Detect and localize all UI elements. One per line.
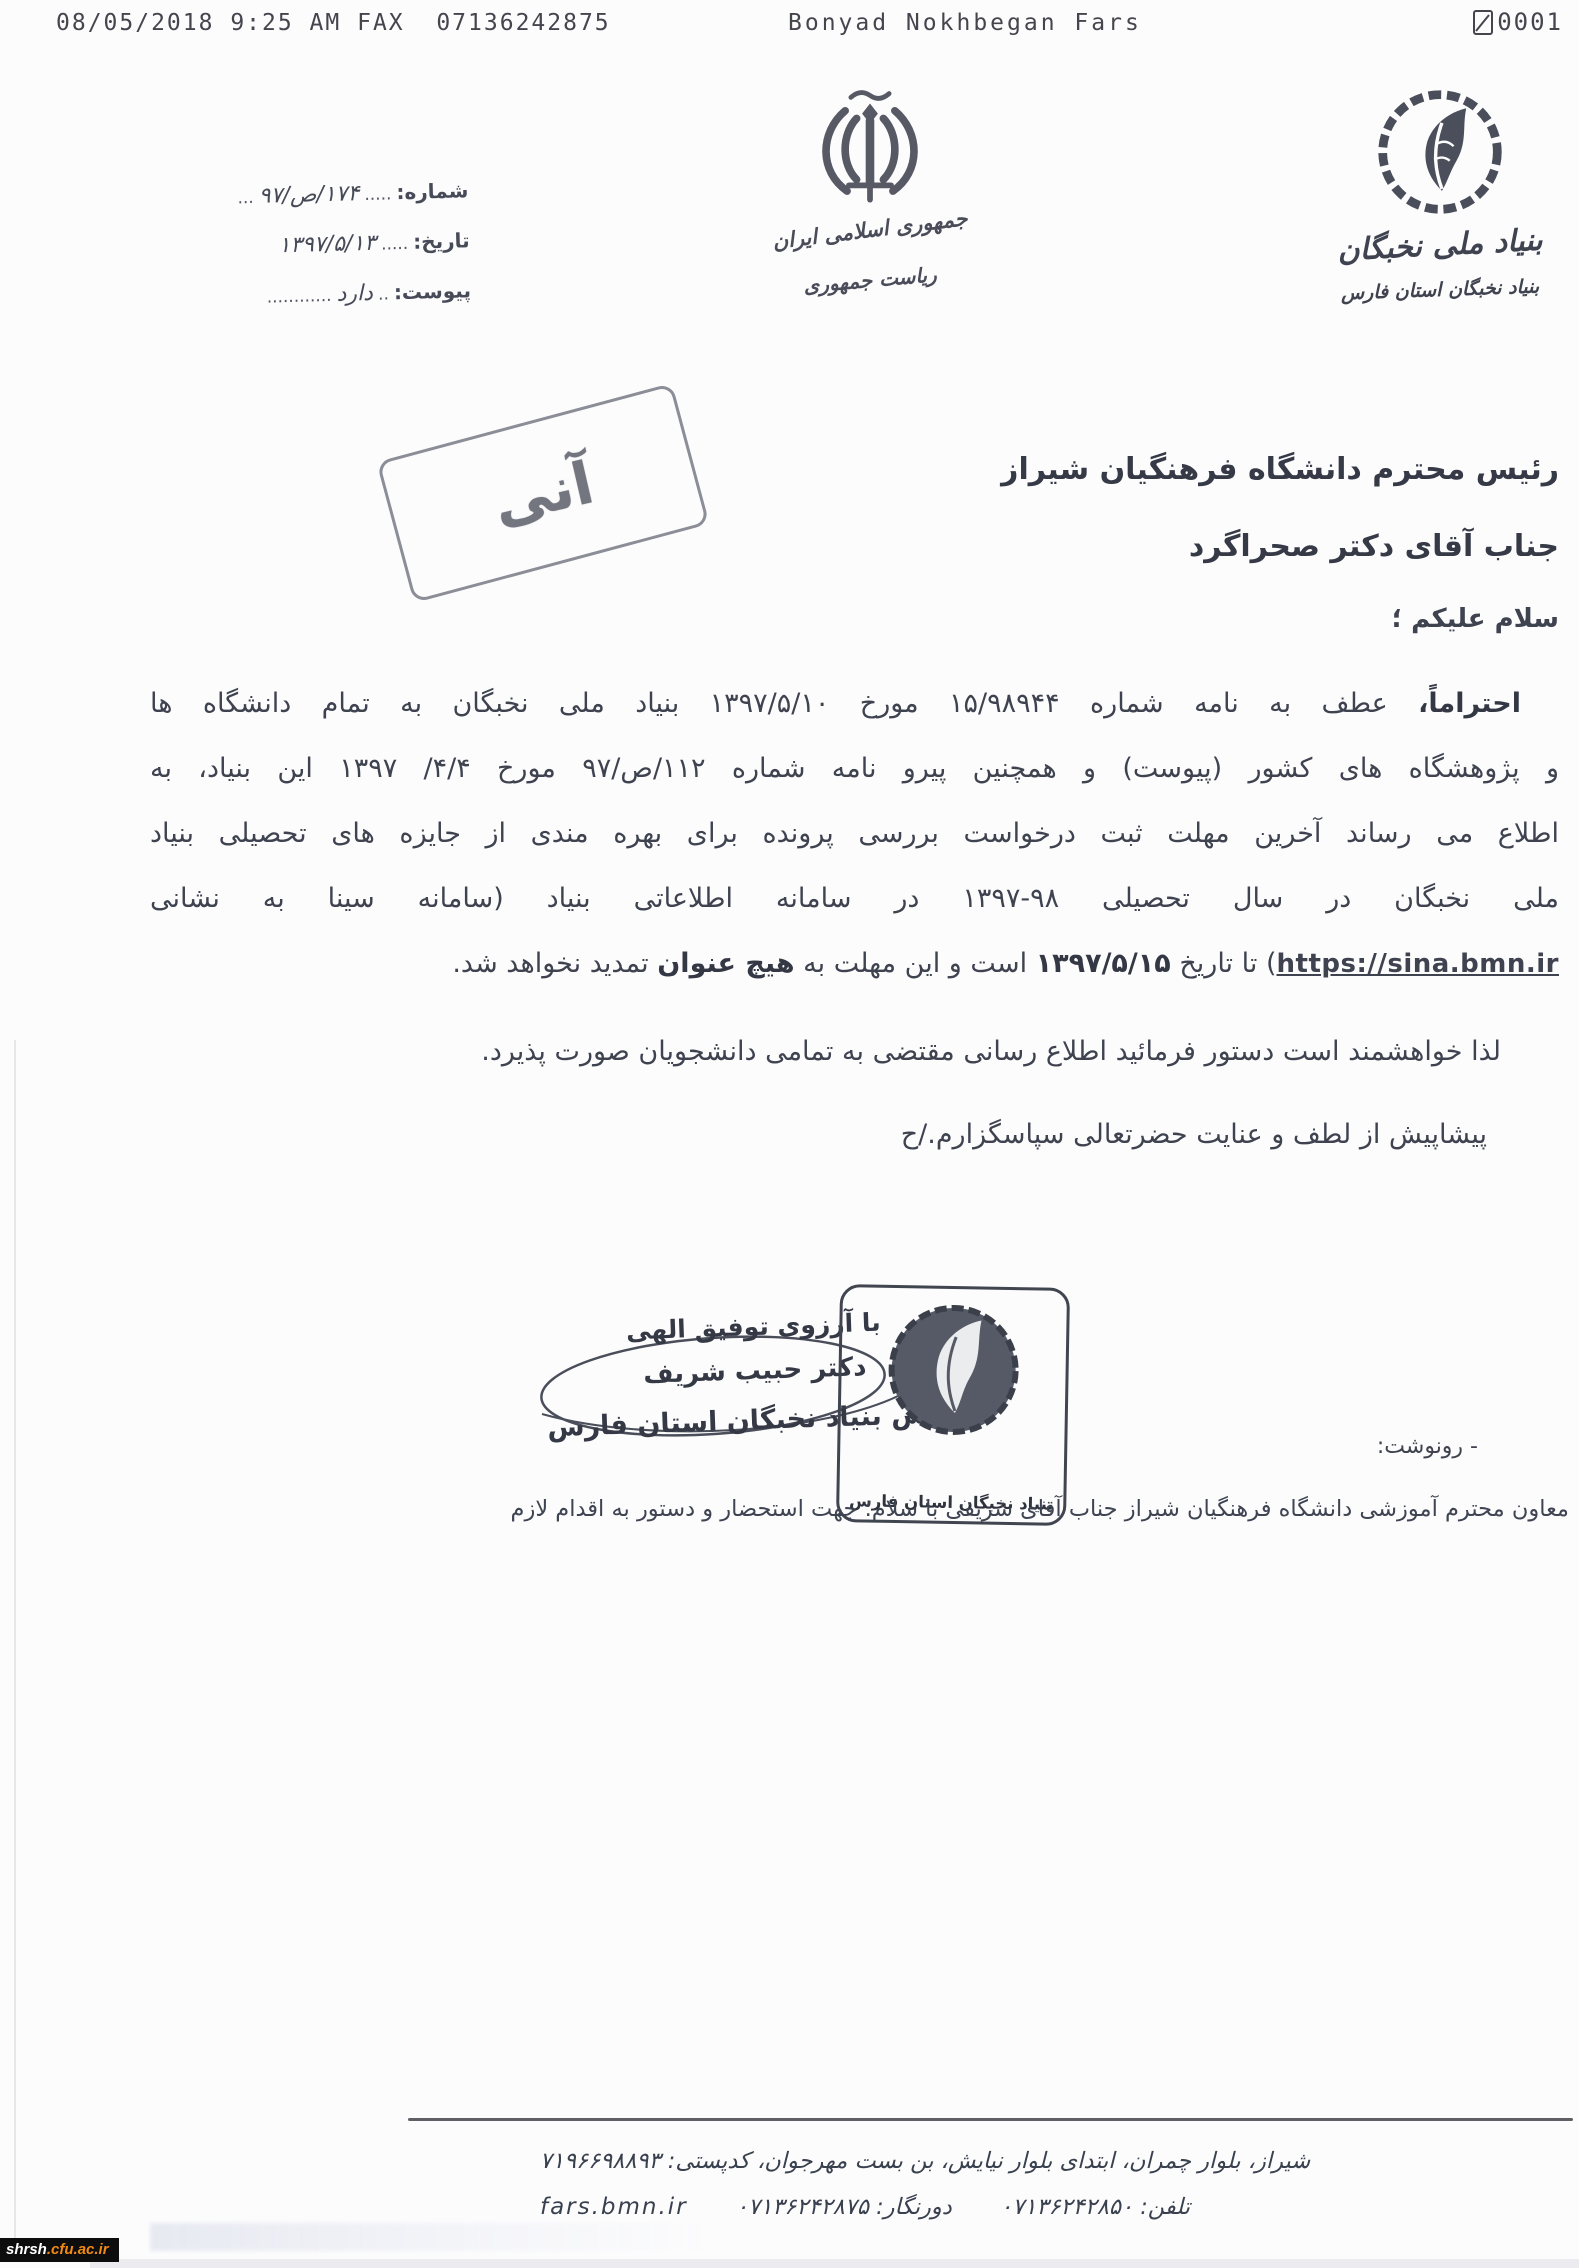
date-label: تاریخ: — [413, 228, 470, 253]
urgency-stamp: آنی — [376, 383, 709, 603]
urgency-stamp-text: آنی — [486, 449, 599, 538]
body-line1-rest: عطف به نامه شماره ۱۵/۹۸۹۴۴ مورخ ۱۳۹۷/۵/۱… — [150, 688, 1418, 719]
watermark-accent: .cfu.ac.ir — [47, 2241, 109, 2258]
attachment-label: پیوست: — [394, 278, 472, 304]
body-line-1: احتراماً، عطف به نامه شماره ۱۵/۹۸۹۴۴ مور… — [150, 671, 1559, 736]
fax-timestamp: 08/05/2018 9:25 AM FAX 07136242875 — [56, 10, 611, 36]
scanned-letter-page: 08/05/2018 9:25 AM FAX 07136242875 Bonya… — [0, 0, 1579, 2268]
body-mid: است و این مهلت به — [795, 948, 1036, 979]
dotted-leader: .. — [378, 284, 389, 304]
official-square-stamp: بنیاد نخبگان استان فارس — [836, 1284, 1070, 1526]
field-attachment: پیوست: .. دارد ............ — [186, 278, 472, 310]
body-line-5: https://sina.bmn.ir) تا تاریخ ۱۳۹۷/۵/۱۵ … — [150, 931, 1559, 997]
fax-label: دورنگار: — [876, 2194, 952, 2220]
body-line-3: اطلاع می رساند آخرین مهلت ثبت درخواست بر… — [150, 801, 1559, 866]
iran-emblem-icon — [800, 84, 940, 214]
foundation-logo-block: بنیاد ملی نخبگان بنیاد نخبگان استان فارس — [1312, 84, 1568, 301]
phone-number: ۰۷۱۳۶۲۴۲۸۵۰ — [1000, 2194, 1133, 2220]
paper-crease — [14, 1040, 16, 2250]
body-line-4: ملی نخبگان در سال تحصیلی ۹۸-۱۳۹۷ در ساما… — [150, 866, 1559, 931]
dotted-leader: ..... — [364, 184, 392, 205]
fax-sender-name: Bonyad Nokhbegan Fars — [788, 10, 1142, 36]
recipient-line1: رئیس محترم دانشگاه فرهنگیان شیراز — [1001, 452, 1559, 487]
salutation: سلام علیکم ؛ — [1001, 604, 1559, 634]
recipient-block: رئیس محترم دانشگاه فرهنگیان شیراز جناب آ… — [1001, 452, 1559, 634]
scan-edge-shade — [90, 2259, 1579, 2268]
site-watermark: shrsh.cfu.ac.ir — [0, 2238, 119, 2262]
date-value: ۱۳۹۷/۵/۱۳ — [278, 231, 376, 259]
deadline-date: ۱۳۹۷/۵/۱۵ — [1036, 948, 1171, 979]
watermark-bold: shrsh — [6, 2241, 47, 2258]
stamp-seal-icon — [877, 1294, 1030, 1447]
attachment-value: دارد — [336, 281, 373, 307]
dotted-leader: ... — [237, 188, 254, 208]
phone-label: تلفن: — [1140, 2194, 1190, 2220]
footer-address: شیراز، بلوار چمران، ابتدای بلوار نیایش، … — [420, 2148, 1430, 2174]
body-paragraph-3: پیشاپیش از لطف و عنایت حضرتعالی سپاسگزار… — [150, 1102, 1559, 1167]
cc-line: معاون محترم آموزشی دانشگاه فرهنگیان شیرا… — [511, 1496, 1569, 1522]
footer-contacts: تلفن: ۰۷۱۳۶۲۴۲۸۵۰ دورنگار: ۰۷۱۳۶۲۴۲۸۷۵ f… — [360, 2194, 1370, 2220]
no-extension-emphasis: هیچ عنوان — [657, 948, 794, 979]
elites-foundation-seal-icon — [1372, 84, 1508, 220]
field-number: شماره: ..... ۱۷۴/ص/۹۷ ... — [183, 178, 469, 210]
number-label: شماره: — [396, 178, 469, 204]
fax-page-number: 0001 — [1497, 8, 1563, 36]
letter-body: احتراماً، عطف به نامه شماره ۱۵/۹۸۹۴۴ مور… — [150, 671, 1559, 1167]
body-end: تمدید نخواهد شد. — [452, 948, 657, 979]
field-date: تاریخ: ..... ۱۳۹۷/۵/۱۳ — [184, 228, 470, 260]
foundation-branch-text: بنیاد نخبگان استان فارس — [1312, 275, 1569, 306]
fax-header: 08/05/2018 9:25 AM FAX 07136242875 Bonya… — [0, 8, 1579, 44]
body-after-url: ) تا تاریخ — [1171, 948, 1277, 979]
sina-url: https://sina.bmn.ir — [1277, 949, 1560, 979]
website-text: fars.bmn.ir — [540, 2194, 688, 2220]
cc-label: - رونوشت: — [1377, 1434, 1478, 1459]
body-lead-bold: احتراماً، — [1418, 688, 1521, 719]
national-emblem-block: جمهوری اسلامی ایران ریاست جمهوری — [760, 84, 980, 292]
page-icon — [1472, 9, 1494, 36]
emblem-office-text: ریاست جمهوری — [759, 258, 980, 301]
fax-number: ۰۷۱۳۶۲۴۲۸۷۵ — [736, 2194, 869, 2220]
reference-fields: شماره: ..... ۱۷۴/ص/۹۷ ... تاریخ: ..... ۱… — [183, 178, 472, 335]
dotted-leader: ..... — [381, 234, 409, 255]
dotted-leader: ............ — [266, 286, 331, 308]
recipient-line2: جناب آقای دکتر صحراگرد — [1001, 529, 1559, 564]
foundation-name-text: بنیاد ملی نخبگان — [1311, 221, 1568, 269]
body-paragraph-2: لذا خواهشمند است دستور فرمائید اطلاع رسا… — [150, 1019, 1559, 1084]
footer-divider — [408, 2118, 1573, 2121]
fax-page-indicator: 0001 — [1472, 8, 1563, 36]
body-line-2: و پژوهشگاه های کشور (پیوست) و همچنین پیر… — [150, 736, 1559, 801]
bleed-through-smudge — [150, 2223, 710, 2251]
number-value: ۱۷۴/ص/۹۷ — [258, 181, 359, 209]
